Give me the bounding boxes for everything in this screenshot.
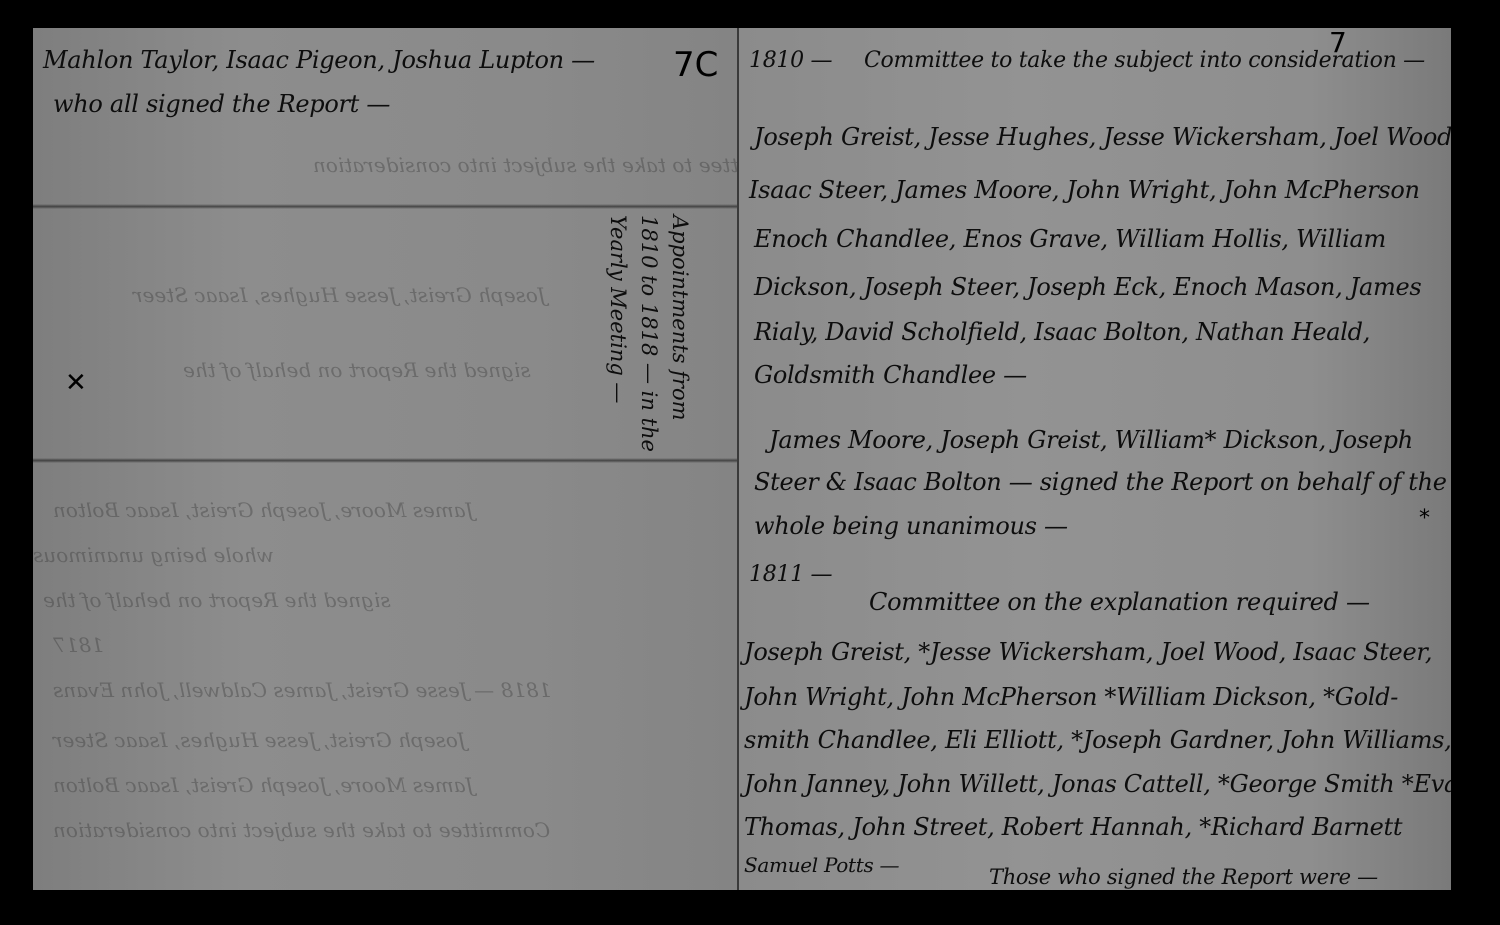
signers-1810-line: James Moore, Joseph Greist, William* Dic…	[769, 426, 1413, 454]
margin-note-line: Yearly Meeting —	[602, 215, 633, 445]
margin-note-line: 1810 to 1818 — in the	[633, 215, 664, 445]
ghost-line: 1817	[53, 633, 104, 657]
members-1811-line: Joseph Greist, *Jesse Wickersham, Joel W…	[744, 638, 1432, 666]
year-1811: 1811 —	[749, 562, 832, 587]
left-line-2: who all signed the Report —	[53, 90, 390, 118]
margin-note-appointments: Appointments from 1810 to 1818 — in the …	[602, 215, 695, 445]
members-1810-line: Dickson, Joseph Steer, Joseph Eck, Enoch…	[754, 273, 1421, 301]
year-1810: 1810 —	[749, 48, 832, 73]
ghost-line: James Moore, Joseph Greist, Isaac Bolton	[53, 498, 474, 522]
ghost-line: James Moore, Joseph Greist, Isaac Bolton	[53, 773, 474, 797]
ghost-line: signed the Report on behalf of the	[43, 588, 391, 612]
ghost-line: Joseph Greist, Jesse Hughes, Isaac Steer	[133, 283, 546, 307]
members-1811-line: Samuel Potts —	[744, 853, 899, 877]
closing-line: Those who signed the Report were —	[989, 865, 1378, 889]
ghost-line: Committee to take the subject into consi…	[313, 153, 739, 177]
margin-asterisk: *	[1419, 506, 1430, 531]
heading-1811: Committee on the explanation required —	[869, 588, 1370, 616]
ghost-line: whole being unanimous	[33, 543, 274, 567]
members-1811-line: John Wright, John McPherson *William Dic…	[744, 683, 1398, 711]
fold-line-lower	[33, 458, 739, 463]
members-1810-line: Joseph Greist, Jesse Hughes, Jesse Wicke…	[754, 123, 1451, 151]
signers-1810-line: whole being unanimous —	[754, 512, 1068, 540]
margin-cross-mark: ✕	[65, 368, 87, 398]
margin-note-line: Appointments from	[664, 215, 695, 445]
members-1811-line: smith Chandlee, Eli Elliott, *Joseph Gar…	[744, 726, 1451, 754]
ghost-line: Committee to take the subject into consi…	[53, 818, 550, 842]
heading-1810: Committee to take the subject into consi…	[864, 48, 1425, 73]
members-1811-line: John Janney, John Willett, Jonas Cattell…	[744, 770, 1451, 798]
page-number-left: 7C	[673, 45, 718, 85]
ghost-line: 1818 — Jesse Greist, James Caldwell, Joh…	[53, 678, 551, 702]
ghost-line: Joseph Greist, Jesse Hughes, Isaac Steer	[53, 728, 466, 752]
signers-1810-line: Steer & Isaac Bolton — signed the Report…	[754, 468, 1447, 496]
fold-line-upper	[33, 204, 739, 209]
members-1810-line: Enoch Chandlee, Enos Grave, William Holl…	[754, 225, 1386, 253]
members-1810-line: Rialy, David Scholfield, Isaac Bolton, N…	[754, 318, 1370, 346]
members-1810-line: Isaac Steer, James Moore, John Wright, J…	[749, 176, 1420, 204]
ghost-line: signed the Report on behalf of the	[183, 358, 531, 382]
members-1811-line: Thomas, John Street, Robert Hannah, *Ric…	[744, 813, 1402, 841]
members-1810-line: Goldsmith Chandlee —	[754, 361, 1027, 389]
right-page: 7 1810 — Committee to take the subject i…	[739, 28, 1451, 890]
left-line-1: Mahlon Taylor, Isaac Pigeon, Joshua Lupt…	[43, 46, 595, 74]
